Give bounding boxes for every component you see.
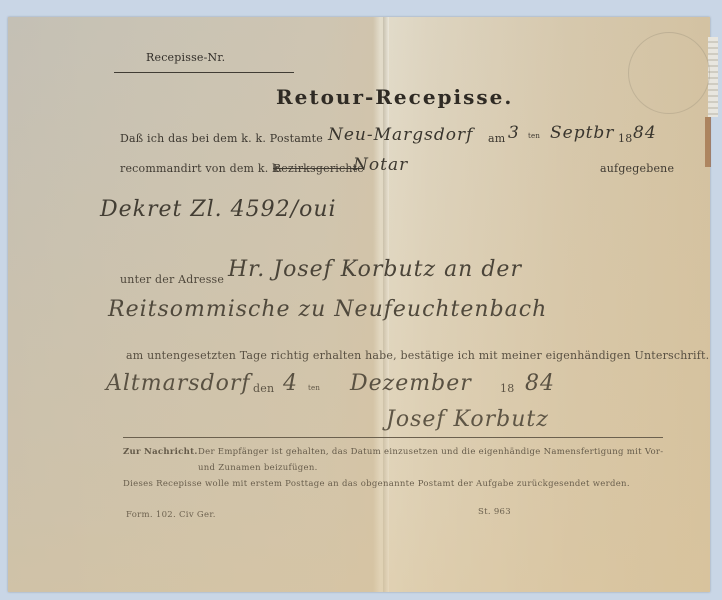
handwritten-receipt-place: Altmarsdorf: [106, 371, 251, 396]
handwritten-receipt-year: 84: [525, 371, 555, 396]
handwritten-receipt-month: Dezember: [350, 371, 472, 396]
handwritten-item-reference: Dekret Zl. 4592/oui: [100, 197, 337, 222]
line2-prefix: recommandirt von dem k. k.: [120, 162, 283, 175]
handwritten-receipt-day: 4: [283, 371, 298, 396]
receipt-number-label: Recepisse-Nr.: [146, 51, 225, 64]
handwritten-sender: Notar: [353, 155, 408, 175]
line2-suffix: aufgegebene: [600, 162, 674, 175]
receipt-number-rule: [114, 72, 294, 73]
handwritten-address-line1: Hr. Josef Korbutz an der: [228, 257, 522, 282]
confirmation-den: den: [253, 382, 274, 395]
handwritten-send-year: 84: [633, 123, 657, 143]
address-label: unter der Adresse: [120, 273, 224, 286]
stain-mark: [705, 117, 711, 167]
notice-line3: Dieses Recepisse wolle mit erstem Postta…: [123, 479, 630, 489]
notice-line1: Der Empfänger ist gehalten, das Datum ei…: [198, 447, 663, 457]
document-title: Retour-Recepisse.: [276, 85, 513, 109]
confirmation-text: am untengesetzten Tage richtig erhalten …: [126, 349, 709, 362]
handwritten-send-month: Septbr: [550, 123, 614, 143]
handwritten-send-day: 3: [508, 123, 520, 143]
handwritten-address-line2: Reitsommische zu Neufeuchtenbach: [108, 297, 547, 322]
form-number: Form. 102. Civ Ger.: [126, 510, 216, 520]
confirmation-ten-suffix: ten: [308, 384, 320, 392]
notice-divider: [123, 437, 663, 438]
handwritten-signature: Josef Korbutz: [386, 407, 549, 432]
line1-am: am: [488, 132, 505, 145]
postmark-stamp-icon: [628, 32, 710, 114]
struck-bezirksgerichte: Bezirksgerichte: [273, 162, 364, 175]
confirmation-year-prefix: 18: [500, 382, 514, 395]
stock-number: St. 963: [478, 507, 511, 517]
line1-prefix: Daß ich das bei dem k. k. Postamte: [120, 132, 323, 145]
handwritten-post-office: Neu-Margsdorf: [328, 125, 473, 145]
notice-line2: und Zunamen beizufügen.: [198, 463, 318, 473]
retour-recepisse-document: Recepisse-Nr. Retour-Recepisse. Daß ich …: [8, 17, 710, 592]
notice-heading: Zur Nachricht.: [123, 447, 198, 457]
line1-year-prefix: 18: [618, 132, 632, 145]
line1-ten-suffix: ten: [528, 132, 540, 140]
